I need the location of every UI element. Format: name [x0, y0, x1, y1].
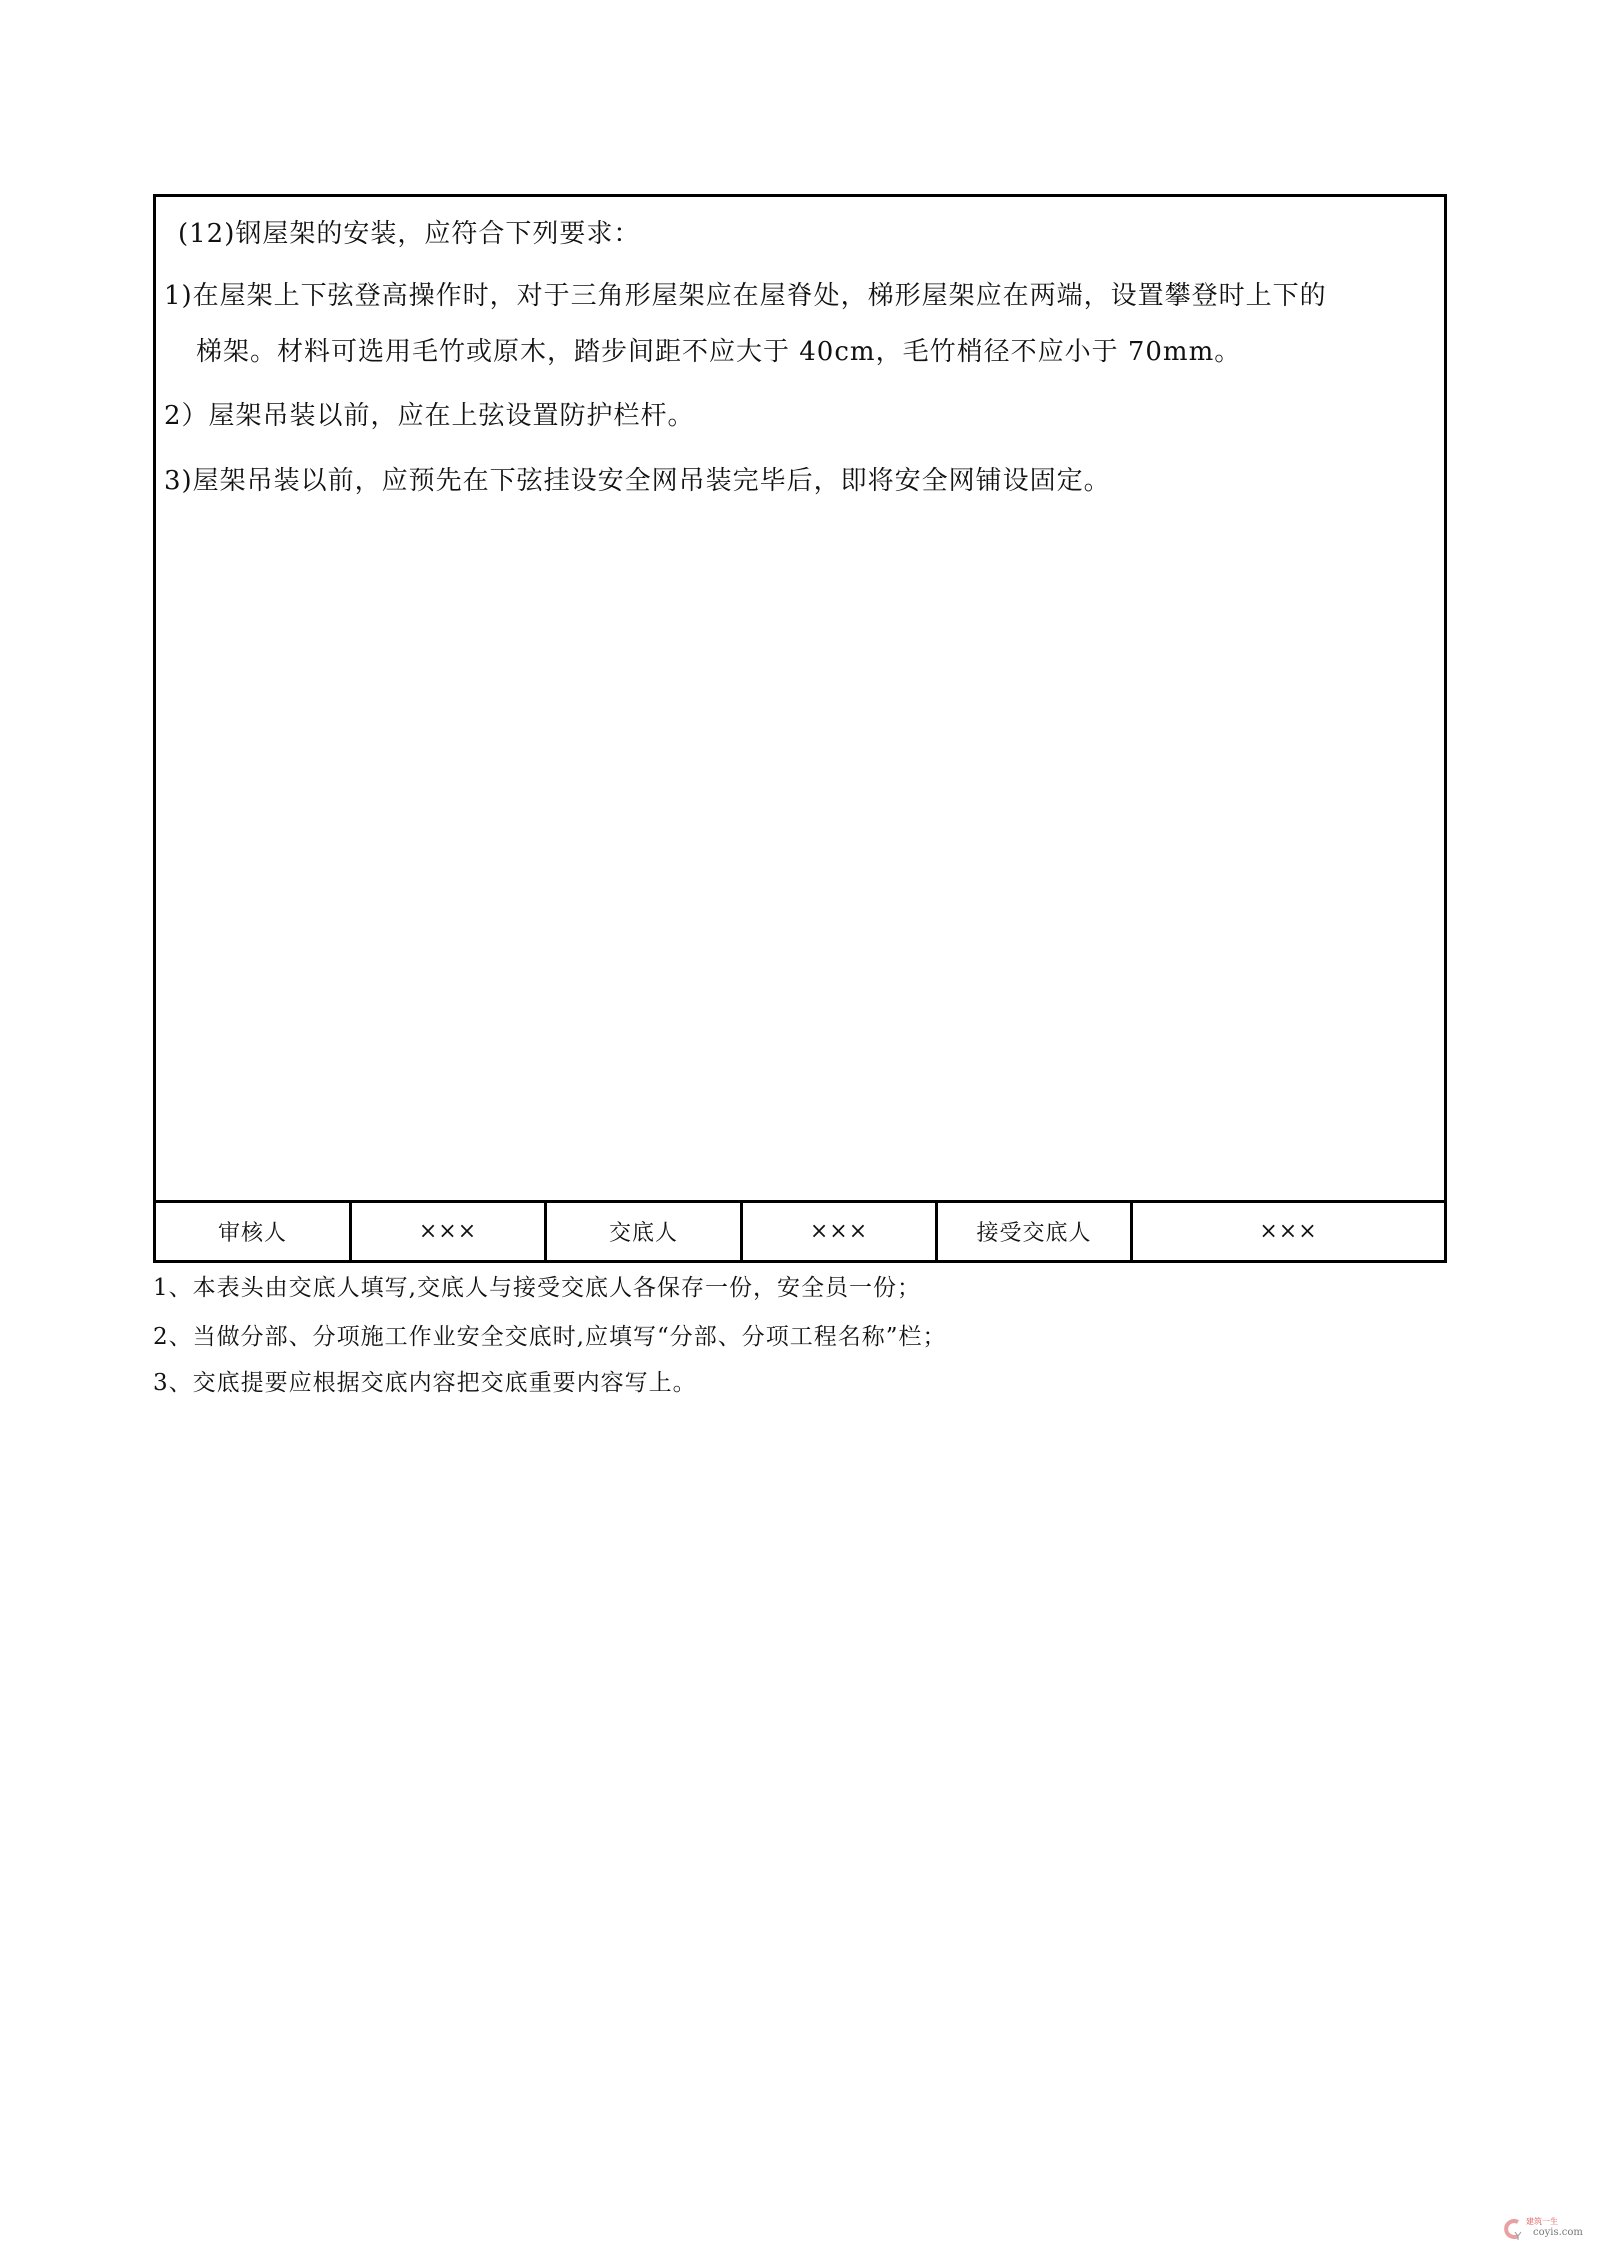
watermark: 建筑一生 coyis.com: [1503, 2212, 1600, 2252]
requirement-2: 2）屋架吊装以前，应在上弦设置防护栏杆。: [164, 401, 695, 431]
note-1: 1、本表头由交底人填写,交底人与接受交底人各保存一份，安全员一份；: [153, 1274, 921, 1302]
receiver-value: ×××: [1133, 1203, 1444, 1260]
receiver-label: 接受交底人: [938, 1203, 1133, 1260]
watermark-cn-text: 建筑一生: [1526, 2216, 1558, 2227]
presenter-value: ×××: [743, 1203, 938, 1260]
presenter-label: 交底人: [547, 1203, 743, 1260]
reviewer-label: 审核人: [156, 1203, 352, 1260]
requirement-1-line-1: 1)在屋架上下弦登高操作时，对于三角形屋架应在屋脊处，梯形屋架应在两端，设置攀登…: [164, 281, 1327, 311]
safety-briefing-table: (12)钢屋架的安装，应符合下列要求： 1)在屋架上下弦登高操作时，对于三角形屋…: [153, 194, 1447, 1263]
section-heading: (12)钢屋架的安装，应符合下列要求：: [178, 219, 640, 249]
note-3: 3、交底提要应根据交底内容把交底重要内容写上。: [153, 1369, 697, 1397]
signature-row: 审核人 ××× 交底人 ××× 接受交底人 ×××: [156, 1203, 1444, 1260]
note-2: 2、当做分部、分项施工作业安全交底时,应填写“分部、分项工程名称”栏；: [153, 1323, 946, 1351]
reviewer-value: ×××: [352, 1203, 547, 1260]
site-logo-icon: [1503, 2218, 1523, 2240]
requirement-1-line-2: 梯架。材料可选用毛竹或原木，踏步间距不应大于 40cm，毛竹梢径不应小于 70m…: [196, 337, 1241, 367]
briefing-content-cell: (12)钢屋架的安装，应符合下列要求： 1)在屋架上下弦登高操作时，对于三角形屋…: [156, 197, 1444, 1203]
requirement-3: 3)屋架吊装以前，应预先在下弦挂设安全网吊装完毕后，即将安全网铺设固定。: [164, 466, 1111, 496]
watermark-url: coyis.com: [1533, 2227, 1583, 2238]
